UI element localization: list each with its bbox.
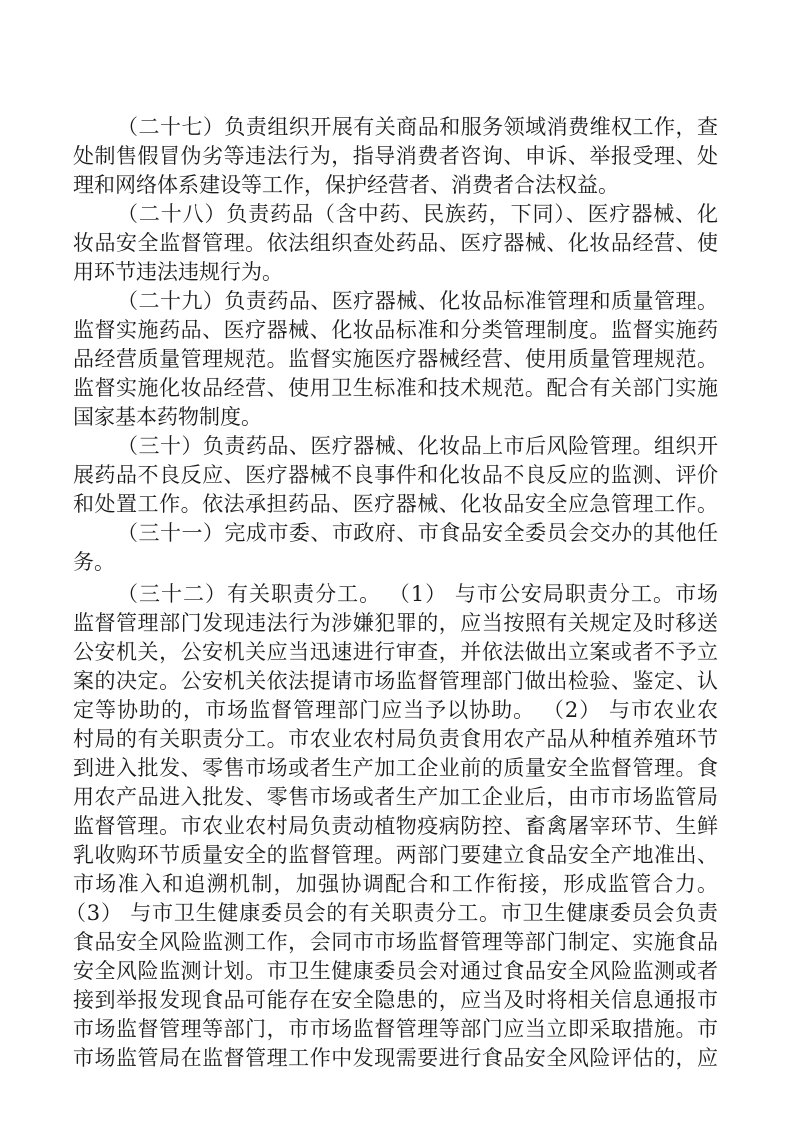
paragraph-30-line-1: （三十）负责药品、医疗器械、化妆品上市后风险管理。组织开 — [117, 432, 718, 461]
paragraph-32-line-2: 监督管理部门发现违法行为涉嫌犯罪的，应当按照有关规定及时移送 — [73, 609, 718, 638]
paragraph-29-line-3: 品经营质量管理规范。监督实施医疗器械经营、使用质量管理规范。 — [73, 345, 718, 374]
paragraph-31-line-2: 务。 — [73, 548, 718, 577]
paragraph-30-line-2: 展药品不良反应、医疗器械不良事件和化妆品不良反应的监测、评价 — [73, 461, 718, 490]
paragraph-29-line-2: 监督实施药品、医疗器械、化妆品标准和分类管理制度。监督实施药 — [73, 316, 718, 345]
paragraph-32-line-16: 市场监督管理等部门，市市场监督管理等部门应当立即采取措施。市 — [73, 1015, 718, 1044]
paragraph-28-line-2: 妆品安全监督管理。依法组织查处药品、医疗器械、化妆品经营、使 — [73, 229, 718, 258]
paragraph-31-line-1: （三十一）完成市委、市政府、市食品安全委员会交办的其他任 — [117, 519, 718, 548]
paragraph-32-line-7: 到进入批发、零售市场或者生产加工企业前的质量安全监督管理。食 — [73, 754, 718, 783]
paragraph-32-line-11: 市场准入和追溯机制，加强协调配合和工作衔接，形成监管合力。 — [73, 870, 718, 899]
paragraph-32-line-15: 接到举报发现食品可能存在安全隐患的，应当及时将相关信息通报市 — [73, 986, 718, 1015]
paragraph-32-line-13: 食品安全风险监测工作，会同市市场监督管理等部门制定、实施食品 — [73, 928, 718, 957]
paragraph-27-line-2: 处制售假冒伪劣等违法行为，指导消费者咨询、申诉、举报受理、处 — [73, 142, 718, 171]
paragraph-32-line-3: 公安机关，公安机关应当迅速进行审查，并依法做出立案或者不予立 — [73, 638, 718, 667]
paragraph-32-line-8: 用农产品进入批发、零售市场或者生产加工企业后，由市市场监管局 — [73, 783, 718, 812]
paragraph-30-line-3: 和处置工作。依法承担药品、医疗器械、化妆品安全应急管理工作。 — [73, 490, 718, 519]
paragraph-32-line-5: 定等协助的，市场监督管理部门应当予以协助。 （2） 与市农业农 — [73, 696, 718, 725]
paragraph-29-line-1: （二十九）负责药品、医疗器械、化妆品标准管理和质量管理。 — [117, 287, 718, 316]
document-page: （二十七）负责组织开展有关商品和服务领域消费维权工作，查 处制售假冒伪劣等违法行… — [0, 0, 793, 1122]
paragraph-27-line-1: （二十七）负责组织开展有关商品和服务领域消费维权工作，查 — [117, 113, 718, 142]
paragraph-28-line-3: 用环节违法违规行为。 — [73, 258, 718, 287]
paragraph-32-line-17: 市场监管局在监督管理工作中发现需要进行食品安全风险评估的，应 — [73, 1044, 718, 1073]
paragraph-28-line-1: （二十八）负责药品（含中药、民族药，下同）、医疗器械、化 — [117, 200, 718, 229]
paragraph-29-line-4: 监督实施化妆品经营、使用卫生标准和技术规范。配合有关部门实施 — [73, 374, 718, 403]
paragraph-27-line-3: 理和网络体系建设等工作，保护经营者、消费者合法权益。 — [73, 171, 718, 200]
paragraph-32-line-6: 村局的有关职责分工。市农业农村局负责食用农产品从种植养殖环节 — [73, 725, 718, 754]
paragraph-32-line-1: （三十二）有关职责分工。 （1） 与市公安局职责分工。市场 — [117, 580, 718, 609]
paragraph-32-line-4: 案的决定。公安机关依法提请市场监督管理部门做出检验、鉴定、认 — [73, 667, 718, 696]
paragraph-32-line-14: 安全风险监测计划。市卫生健康委员会对通过食品安全风险监测或者 — [73, 957, 718, 986]
paragraph-29-line-5: 国家基本药物制度。 — [73, 403, 718, 432]
paragraph-32-line-12: （3） 与市卫生健康委员会的有关职责分工。市卫生健康委员会负责 — [65, 899, 718, 928]
paragraph-32-line-9: 监督管理。市农业农村局负责动植物疫病防控、畜禽屠宰环节、生鲜 — [73, 812, 718, 841]
paragraph-32-line-10: 乳收购环节质量安全的监督管理。两部门要建立食品安全产地准出、 — [73, 841, 718, 870]
